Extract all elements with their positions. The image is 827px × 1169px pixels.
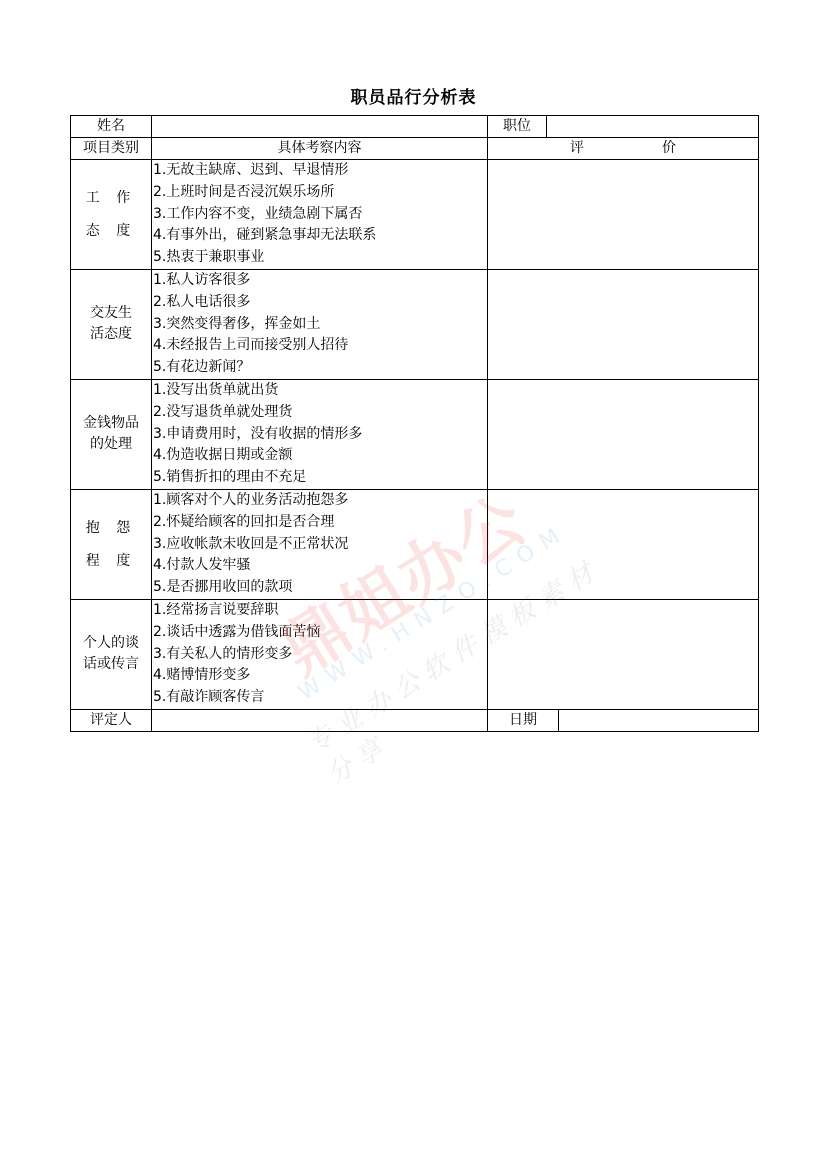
content-header: 具体考察内容 (152, 138, 488, 160)
items-cell: 1.私人访客很多 2.私人电话很多 3.突然变得奢侈，挥金如土 4.未经报告上司… (152, 269, 488, 379)
evaluation-field[interactable] (488, 379, 759, 489)
section-row-money-handling: 金钱物品 的处理 1.没写出货单就出货 2.没写退货单就处理货 3.申请费用时，… (71, 379, 759, 489)
list-item: 2.私人电话很多 (153, 292, 487, 314)
category-cell: 工 作 态 度 (71, 160, 152, 270)
section-row-personal-talk: 个人的谈 话或传言 1.经常扬言说要辞职 2.谈话中透露为借钱面苦恼 3.有关私… (71, 599, 759, 709)
category-header: 项目类别 (71, 138, 152, 160)
name-position-row: 姓名 职位 (71, 116, 759, 138)
list-item: 3.申请费用时，没有收据的情形多 (153, 424, 487, 446)
list-item: 2.谈话中透露为借钱面苦恼 (153, 622, 487, 644)
section-row-social-attitude: 交友生 活态度 1.私人访客很多 2.私人电话很多 3.突然变得奢侈，挥金如土 … (71, 269, 759, 379)
list-item: 1.经常扬言说要辞职 (153, 600, 487, 622)
list-item: 4.付款人发牢骚 (153, 555, 487, 577)
list-item: 3.应收帐款未收回是不正常状况 (153, 534, 487, 556)
rater-date-row: 评定人 日期 (71, 709, 759, 731)
category-cell: 金钱物品 的处理 (71, 379, 152, 489)
list-item: 3.突然变得奢侈，挥金如土 (153, 314, 487, 336)
items-cell: 1.无故主缺席、迟到、早退情形 2.上班时间是否浸沉娱乐场所 3.工作内容不变，… (152, 160, 488, 270)
category-cell: 个人的谈 话或传言 (71, 599, 152, 709)
list-item: 5.销售折扣的理由不充足 (153, 467, 487, 489)
list-item: 1.无故主缺席、迟到、早退情形 (153, 160, 487, 182)
rater-label: 评定人 (71, 709, 152, 731)
column-header-row: 项目类别 具体考察内容 评价 (71, 138, 759, 160)
list-item: 3.有关私人的情形变多 (153, 644, 487, 666)
list-item: 1.顾客对个人的业务活动抱怨多 (153, 490, 487, 512)
list-item: 1.没写出货单就出货 (153, 380, 487, 402)
evaluation-header-right: 价 (662, 138, 676, 159)
position-field[interactable] (547, 116, 759, 138)
section-row-complaint-level: 抱 怨 程 度 1.顾客对个人的业务活动抱怨多 2.怀疑给顾客的回扣是否合理 3… (71, 489, 759, 599)
list-item: 4.未经报告上司而接受别人招待 (153, 335, 487, 357)
list-item: 5.有花边新闻？ (153, 357, 487, 379)
list-item: 4.伪造收据日期或金额 (153, 445, 487, 467)
rater-field[interactable] (152, 709, 488, 731)
list-item: 3.工作内容不变，业绩急剧下属否 (153, 204, 487, 226)
name-field[interactable] (152, 116, 488, 138)
category-cell: 交友生 活态度 (71, 269, 152, 379)
list-item: 5.热衷于兼职事业 (153, 247, 487, 269)
evaluation-field[interactable] (488, 489, 759, 599)
analysis-table: 姓名 职位 项目类别 具体考察内容 评价 工 作 态 度 1.无故主缺席、迟到、… (70, 115, 759, 732)
evaluation-field[interactable] (488, 269, 759, 379)
items-cell: 1.经常扬言说要辞职 2.谈话中透露为借钱面苦恼 3.有关私人的情形变多 4.赌… (152, 599, 488, 709)
evaluation-header-left: 评 (570, 138, 584, 159)
list-item: 5.是否挪用收回的款项 (153, 577, 487, 599)
name-label: 姓名 (71, 116, 152, 138)
items-cell: 1.顾客对个人的业务活动抱怨多 2.怀疑给顾客的回扣是否合理 3.应收帐款未收回… (152, 489, 488, 599)
list-item: 4.有事外出，碰到紧急事却无法联系 (153, 225, 487, 247)
position-label: 职位 (488, 116, 547, 138)
section-row-work-attitude: 工 作 态 度 1.无故主缺席、迟到、早退情形 2.上班时间是否浸沉娱乐场所 3… (71, 160, 759, 270)
date-label: 日期 (488, 709, 559, 731)
date-field[interactable] (559, 709, 759, 731)
list-item: 4.赌博情形变多 (153, 665, 487, 687)
list-item: 1.私人访客很多 (153, 270, 487, 292)
evaluation-header: 评价 (488, 138, 759, 160)
category-cell: 抱 怨 程 度 (71, 489, 152, 599)
list-item: 2.上班时间是否浸沉娱乐场所 (153, 182, 487, 204)
list-item: 2.没写退货单就处理货 (153, 402, 487, 424)
items-cell: 1.没写出货单就出货 2.没写退货单就处理货 3.申请费用时，没有收据的情形多 … (152, 379, 488, 489)
evaluation-field[interactable] (488, 160, 759, 270)
list-item: 5.有敲诈顾客传言 (153, 687, 487, 709)
list-item: 2.怀疑给顾客的回扣是否合理 (153, 512, 487, 534)
evaluation-field[interactable] (488, 599, 759, 709)
document-title: 职员品行分析表 (0, 83, 827, 108)
